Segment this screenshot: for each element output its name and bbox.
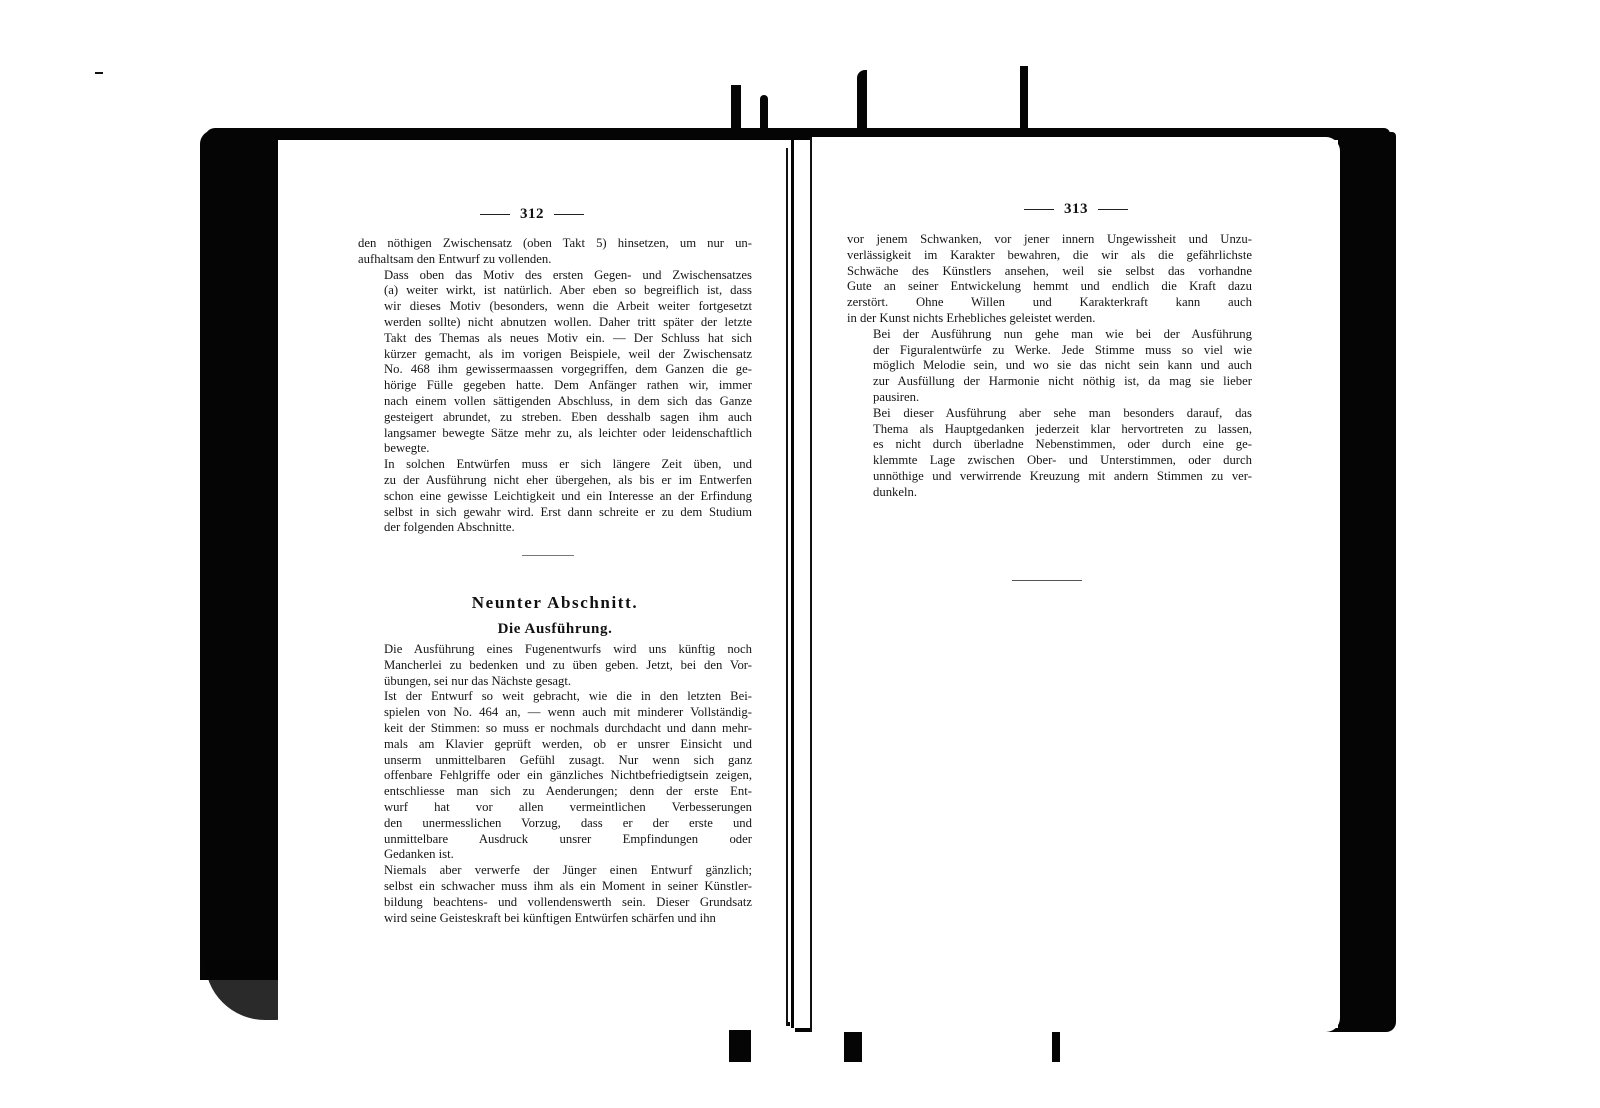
text-line: werden sollte) nicht abnutzen wollen. Da…: [358, 315, 752, 331]
paragraph: Die Ausführung eines Fugenentwurfs wird …: [358, 642, 752, 689]
bookmark-tab: [760, 95, 768, 130]
text-line: klemmte Lage zwischen Ober- und Untersti…: [847, 453, 1252, 469]
text-line: verlässigkeit im Karakter bewahren, die …: [847, 248, 1252, 264]
bookmark-tab: [731, 85, 741, 130]
text-line: In solchen Entwürfen muss er sich länger…: [358, 457, 752, 473]
text-line: den nöthigen Zwischensatz (oben Takt 5) …: [358, 236, 752, 252]
body-text: vor jenem Schwanken, vor jener innern Un…: [847, 232, 1252, 501]
text-line: nach einem vollen sättigenden Abschluss,…: [358, 394, 752, 410]
text-line: zur Ausfüllung der Harmonie nicht nöthig…: [847, 374, 1252, 390]
paragraph: In solchen Entwürfen muss er sich länger…: [358, 457, 752, 536]
text-line: Niemals aber verwerfe der Jünger einen E…: [358, 863, 752, 879]
text-line: der Figuralentwürfe zu Werke. Jede Stimm…: [847, 343, 1252, 359]
text-line: spielen von No. 464 an, — wenn auch mit …: [358, 705, 752, 721]
text-line: bewegte.: [358, 441, 752, 457]
section-title: Die Ausführung.: [358, 621, 752, 638]
paragraph: Dass oben das Motiv des ersten Gegen- un…: [358, 268, 752, 458]
text-line: wurf hat vor allen vermeintlichen Verbes…: [358, 800, 752, 816]
bookmark-tab: [729, 1030, 751, 1062]
paragraph: Bei dieser Ausführung aber sehe man beso…: [847, 406, 1252, 501]
text-line: Gute an seiner Entwickelung hemmt und en…: [847, 279, 1252, 295]
paragraph: vor jenem Schwanken, vor jener innern Un…: [847, 232, 1252, 327]
text-line: Dass oben das Motiv des ersten Gegen- un…: [358, 268, 752, 284]
paragraph: Niemals aber verwerfe der Jünger einen E…: [358, 863, 752, 926]
bookmark-tab: [844, 1030, 862, 1062]
text-line: wir dieses Motiv (besonders, wenn die Ar…: [358, 299, 752, 315]
text-line: unserm unmittelbaren Gefühl zusagt. Nur …: [358, 753, 752, 769]
text-line: langsamer bewegte Sätze mehr zu, als lei…: [358, 426, 752, 442]
text-line: gesteigert abrundet, zu streben. Eben de…: [358, 410, 752, 426]
text-line: (a) weiter wirkt, ist natürlich. Aber eb…: [358, 283, 752, 299]
text-line: bildung beachtens- und vollendenswerth s…: [358, 895, 752, 911]
bookmark-tab: [1020, 66, 1028, 130]
scan-speck: [95, 72, 103, 74]
scan-border-right: [1338, 132, 1396, 1032]
body-text: den nöthigen Zwischensatz (oben Takt 5) …: [358, 236, 752, 536]
text-line: aufhaltsam den Entwurf zu vollenden.: [358, 252, 752, 268]
text-line: Ist der Entwurf so weit gebracht, wie di…: [358, 689, 752, 705]
text-line: pausiren.: [847, 390, 1252, 406]
bookmark-tab: [857, 70, 867, 130]
bookmark-tab: [1052, 1030, 1060, 1062]
text-line: unmittelbare Ausdruck unsrer Empfindunge…: [358, 832, 752, 848]
section-divider: [522, 555, 574, 556]
text-line: zu der Ausführung nicht eher übergehen, …: [358, 473, 752, 489]
text-line: unnöthige und verwirrende Kreuzung mit a…: [847, 469, 1252, 485]
text-line: No. 468 ihm gewissermaassen vorgegriffen…: [358, 362, 752, 378]
text-line: den unermesslichen Vorzug, dass er der e…: [358, 816, 752, 832]
section-body-text: Die Ausführung eines Fugenentwurfs wird …: [358, 642, 752, 926]
page-number: 312: [278, 206, 786, 223]
text-line: mals am Klavier geprüft werden, ob er un…: [358, 737, 752, 753]
chapter-title: Neunter Abschnitt.: [358, 593, 752, 613]
text-line: Die Ausführung eines Fugenentwurfs wird …: [358, 642, 752, 658]
text-line: Bei der Ausführung nun gehe man wie bei …: [847, 327, 1252, 343]
text-line: Thema als Hauptgedanken jederzeit klar h…: [847, 422, 1252, 438]
paragraph: Bei der Ausführung nun gehe man wie bei …: [847, 327, 1252, 406]
text-line: Gedanken ist.: [358, 847, 752, 863]
right-page: 313 vor jenem Schwanken, vor jener inner…: [810, 137, 1340, 1032]
text-line: der folgenden Abschnitte.: [358, 520, 752, 536]
text-line: möglich Melodie sein, und wo sie das nic…: [847, 358, 1252, 374]
text-line: Takt des Themas als neues Motiv ein. — D…: [358, 331, 752, 347]
text-line: kürzer gemacht, als im vorigen Beispiele…: [358, 347, 752, 363]
text-line: selbst in sich gewahr wird. Erst dann sc…: [358, 505, 752, 521]
text-line: schon eine gewisse Leichtigkeit und ein …: [358, 489, 752, 505]
text-line: Schwäche des Künstlers ansehen, weil sie…: [847, 264, 1252, 280]
page-number-text: 312: [520, 206, 544, 222]
text-line: übungen, sei nur das Nächste gesagt.: [358, 674, 752, 690]
paragraph: Ist der Entwurf so weit gebracht, wie di…: [358, 689, 752, 863]
text-line: hörige Fülle gegeben hatte. Dem Anfänger…: [358, 378, 752, 394]
text-line: vor jenem Schwanken, vor jener innern Un…: [847, 232, 1252, 248]
page-number: 313: [812, 201, 1340, 218]
scan-border-left: [200, 130, 278, 980]
section-divider: [1012, 580, 1082, 581]
text-line: entschliesse man sich zu Aenderungen; de…: [358, 784, 752, 800]
text-line: keit der Stimmen: so muss er nochmals du…: [358, 721, 752, 737]
gutter-line: [791, 135, 794, 1028]
text-line: wird seine Geisteskraft bei künftigen En…: [358, 911, 752, 927]
text-line: Mancherlei zu bedenken und zu üben geben…: [358, 658, 752, 674]
text-line: zerstört. Ohne Willen und Karakterkraft …: [847, 295, 1252, 311]
text-line: in der Kunst nichts Erhebliches geleiste…: [847, 311, 1252, 327]
text-line: selbst ein schwacher muss ihm als ein Mo…: [358, 879, 752, 895]
text-line: offenbare Fehlgriffe oder ein gänzliches…: [358, 768, 752, 784]
text-line: dunkeln.: [847, 485, 1252, 501]
left-page: 312 den nöthigen Zwischensatz (oben Takt…: [278, 148, 788, 1026]
text-line: Bei dieser Ausführung aber sehe man beso…: [847, 406, 1252, 422]
page-number-text: 313: [1064, 201, 1088, 217]
text-line: es nicht durch überladne Nebenstimmen, o…: [847, 437, 1252, 453]
paragraph: den nöthigen Zwischensatz (oben Takt 5) …: [358, 236, 752, 268]
